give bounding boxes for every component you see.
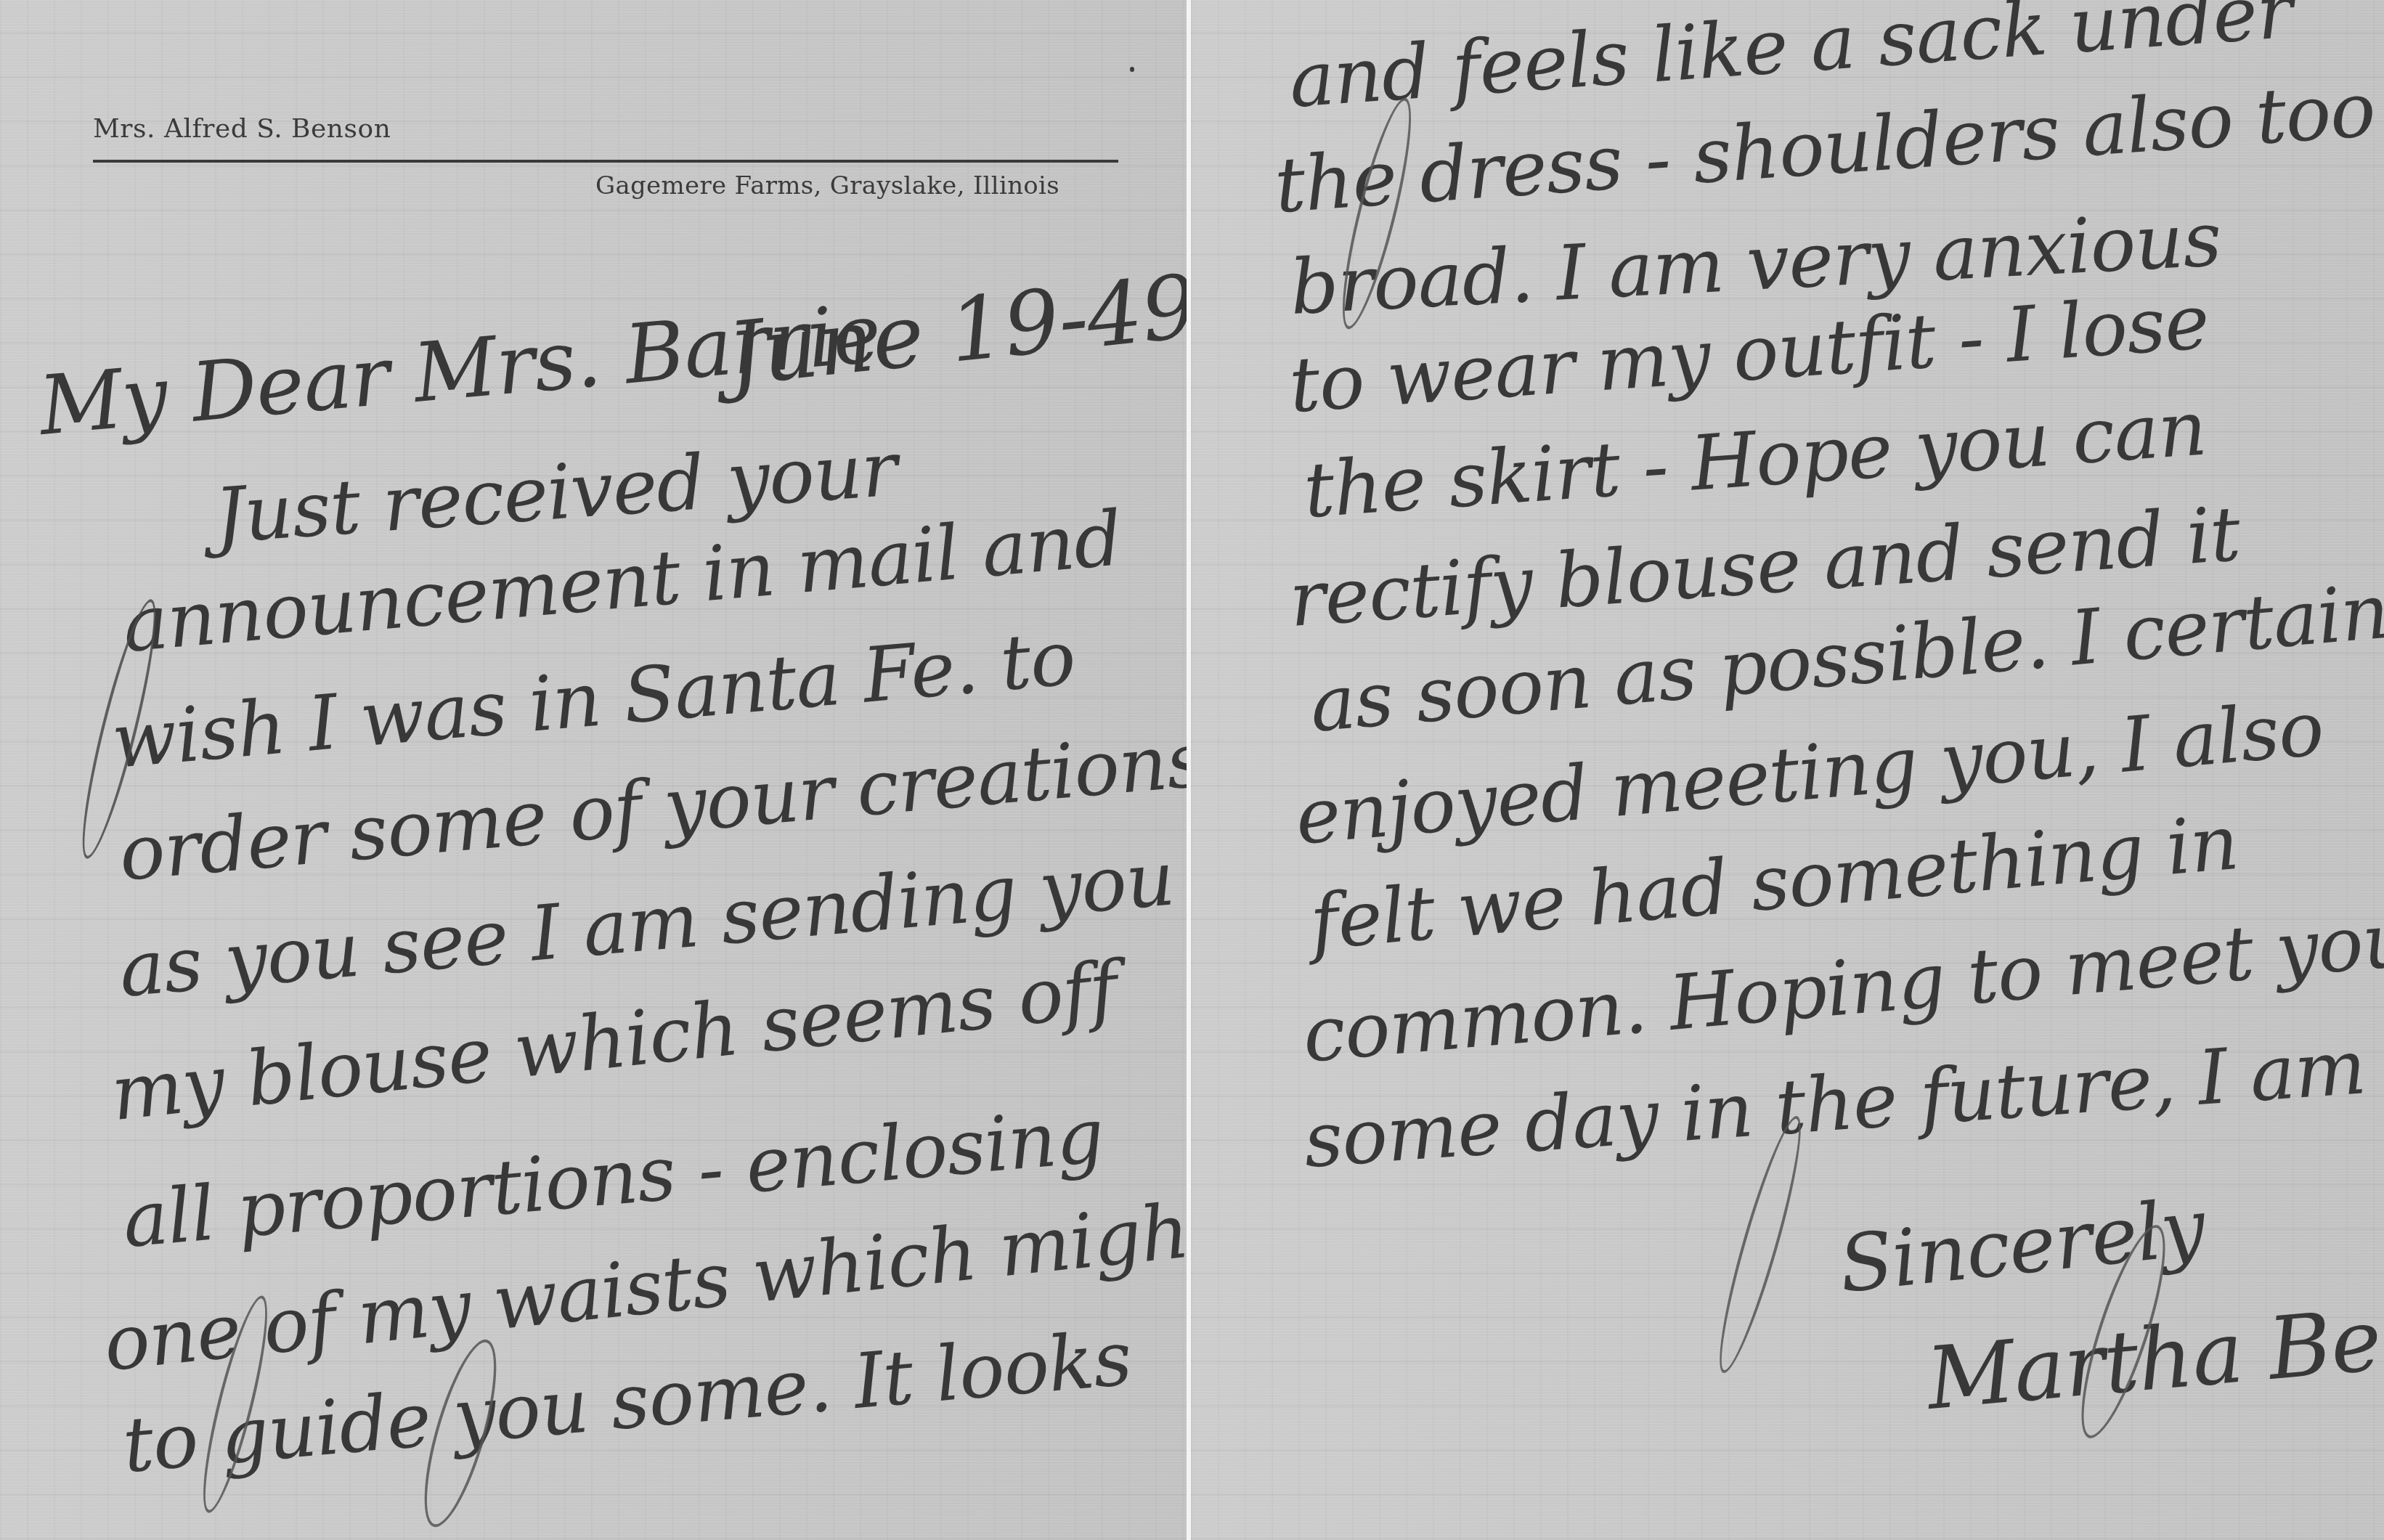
- letter-salutation: My Dear Mrs. Barrie: [36, 286, 884, 454]
- letter-page-left: Mrs. Alfred S. Benson Gagemere Farms, Gr…: [0, 0, 1187, 1540]
- ink-speck: [1130, 67, 1134, 72]
- letterhead-address: Gagemere Farms, Grayslake, Illinois: [595, 171, 1059, 200]
- letterhead-name: Mrs. Alfred S. Benson: [93, 114, 391, 144]
- letter-page-right: and feels like a sack under the dress - …: [1191, 0, 2384, 1540]
- letterhead-rule: [93, 160, 1118, 163]
